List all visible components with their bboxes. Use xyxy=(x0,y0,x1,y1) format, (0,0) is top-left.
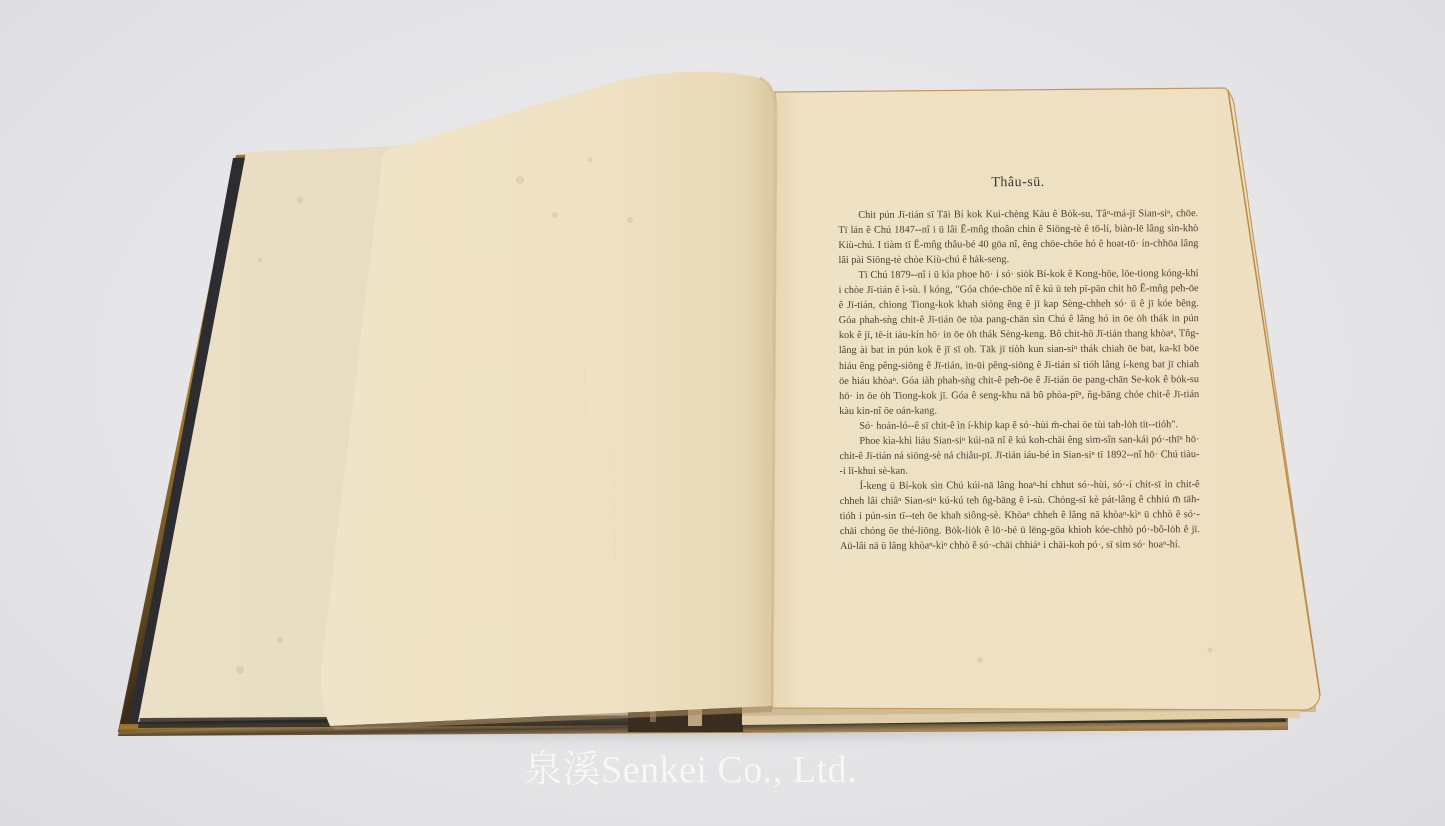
paragraph: Chit pún Jī-tián sī Tāi Bí kok Kui-chèng… xyxy=(838,206,1198,268)
paragraph: Tī Chú 1879--nî i ū kìa phoe hō· i só· s… xyxy=(838,266,1199,418)
show-through-text: ······ ·· ····· xyxy=(579,367,592,420)
photo-scene: ········· ·· ····· ···· ········ ······ … xyxy=(0,0,1445,826)
paragraph: Í-keng ū Bí-kok sìn Chú kúi-nā lâng hoaⁿ… xyxy=(840,477,1200,554)
paragraph: Phoe kìa-khì liáu Sian-siⁿ kúi-nā nî ê k… xyxy=(839,432,1199,479)
page-title: Thâu-sū. xyxy=(838,174,1198,191)
paragraph: Só· hoán-ló--ê sī chit-ê ìn í-khip kap ê… xyxy=(839,417,1199,434)
show-through-text: ········· ·· ····· ···· ········ xyxy=(608,446,622,560)
open-book xyxy=(0,0,1445,826)
right-page-text: Thâu-sū. Chit pún Jī-tián sī Tāi Bí kok … xyxy=(838,174,1200,554)
watermark: 泉溪Senkei Co., Ltd. xyxy=(524,738,857,793)
